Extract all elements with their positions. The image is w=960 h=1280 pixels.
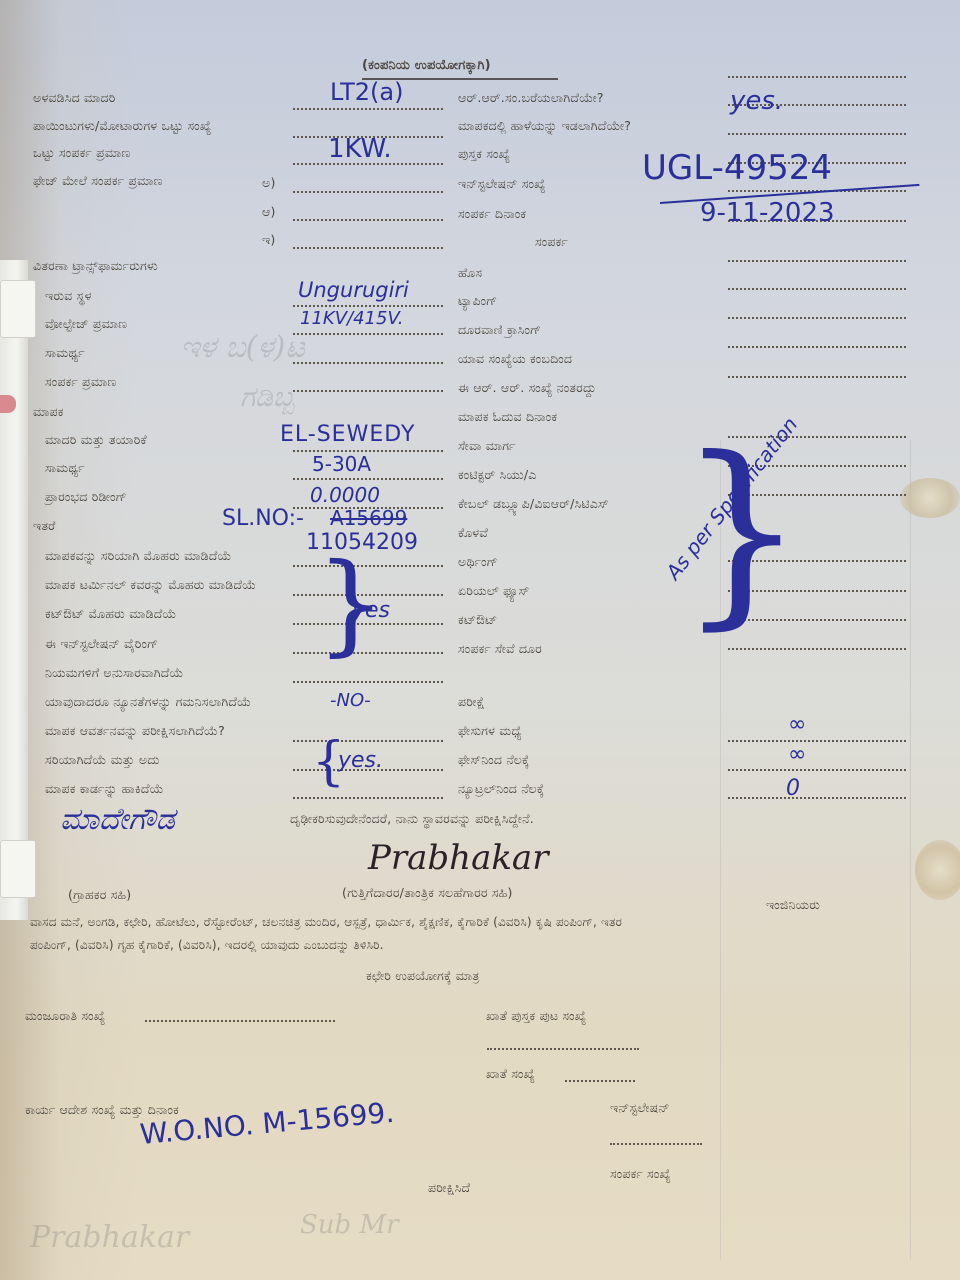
field-label: ಪ್ರಾರಂಭದ ರಿಡೀಂಗ್ — [45, 489, 127, 505]
serial-label: SL.NO:- — [222, 506, 304, 531]
handwritten-value: 5-30A — [312, 452, 371, 476]
field-label: ಅಳವಡಿಸಿದ ಮಾದರಿ — [33, 90, 116, 106]
binder-clip — [0, 280, 36, 338]
field-label: ಈ ಇನ್‌ಸ್ಟಲೇಷನ್ ವೈರಿಂಗ್ — [45, 636, 158, 652]
faint-impression: Sub Mr — [300, 1210, 399, 1240]
contractor-signature-label: (ಗುತ್ತಿಗೆದಾರರ/ತಾಂತ್ರಿಕ ಸಲಹೆಗಾರರ ಸಹಿ) — [342, 885, 513, 901]
faint-impression: ಗಡಿಬ್ಬ — [240, 380, 295, 414]
faint-impression: Prabhakar — [30, 1220, 189, 1255]
water-stain — [900, 478, 960, 518]
field-line[interactable] — [728, 76, 906, 78]
handwritten-value: -NO- — [330, 690, 371, 711]
field-label: ಏರಿಯಲ್ ಫ್ಯೂಸ್ — [458, 583, 529, 599]
field-line[interactable] — [293, 362, 443, 364]
field-line[interactable] — [728, 797, 906, 799]
field-label: ಕೇಬಲ್ ಡಬ್ಲ್ಯೂಪಿ/ವಿಐಆರ್/ಸಿಟಿಎಸ್ — [458, 496, 609, 512]
pink-tag — [0, 395, 16, 413]
field-label: ಟ್ಯಾಪಿಂಗ್ — [458, 293, 497, 309]
handwritten-value: Ungurugiri — [298, 278, 409, 302]
field-label: ಸಾಮರ್ಥ್ಯ — [45, 345, 85, 361]
field-line[interactable] — [293, 247, 443, 249]
field-label: ಈ ಆರ್. ಆರ್. ಸಂಖ್ಯೆ ನಂತರದ್ದು — [458, 380, 596, 396]
handwritten-value: LT2(a) — [330, 78, 403, 106]
field-line[interactable] — [728, 317, 906, 319]
field-label: ಕಟ್‌ಔಟ್ — [458, 612, 497, 628]
field-line[interactable] — [293, 219, 443, 221]
connection-date: 9-11-2023 — [700, 198, 835, 228]
binder-clip — [0, 840, 36, 898]
table-guideline — [910, 440, 911, 1260]
section-title: ಮಾಪಕ — [33, 404, 64, 420]
field-label: ವೋಲ್ಟೇಜ್ ಪ್ರಮಾಣ — [45, 316, 127, 332]
field-label: ಸಂಪರ್ಕ ಪ್ರಮಾಣ — [45, 374, 116, 390]
handwritten-value: 0 — [786, 776, 800, 801]
field-label: ಖಾತೆ ಸಂಖ್ಯೆ — [486, 1066, 535, 1082]
field-label: ಮಾಪಕ ಟರ್ಮಿನಲ್ ಕವರನ್ನು ಮೊಹರು ಮಾಡಿದೆಯೆ — [45, 577, 256, 593]
handwritten-value: EL-SEWEDY — [280, 422, 415, 447]
declaration-text: ದೃಢೀಕರಿಸುವುದೇನೆಂದರೆ, ನಾನು ಸ್ಥಾವರವನ್ನು ಪರ… — [290, 811, 534, 827]
purpose-note: ವಾಸದ ಮನೆ, ಅಂಗಡಿ, ಕಛೇರಿ, ಹೋಟೆಲು, ರೆಸ್ಟೋರೆ… — [30, 915, 622, 930]
customer-signature: ಮಾದೇಗೌಡ — [60, 802, 175, 837]
field-line[interactable] — [293, 797, 443, 799]
handwritten-yes: yes. — [730, 86, 783, 116]
field-label: ಮಾಪಕ ಆವರ್ತನವನ್ನು ಪರೀಕ್ಷಿಸಲಾಗಿದೆಯೆ? — [45, 723, 225, 739]
field-label: ಹೊಸ — [458, 265, 482, 281]
field-label: ಮಾಪಕ ಓದುವ ದಿನಾಂಕ — [458, 409, 557, 425]
field-label: ಆರ್.ಆರ್.ಸಂ.ಬರೆಯಲಾಗಿದೆಯೇ? — [458, 90, 604, 106]
field-label: ಸೇವಾ ಮಾರ್ಗ — [458, 438, 516, 454]
field-label: ಫೇಸ್‌ನಿಂದ ನೆಲಕ್ಕೆ — [458, 752, 529, 768]
field-label: ನ್ಯೂಟ್ರಲ್‌ನಿಂದ ನೆಲಕ್ಕೆ — [458, 781, 544, 797]
field-label: ನಿಯಮಗಳಿಗೆ ಅನುಸಾರವಾಗಿದೆಯೆ — [45, 665, 184, 681]
engineer-label: ಇಂಜಿನಿಯರು — [766, 897, 820, 913]
field-label: ಕಂಟಿಕ್ಟರ್ ಸಿಯು/ಎ — [458, 467, 537, 483]
phase-marker: ಆ) — [262, 204, 276, 220]
field-line[interactable] — [728, 376, 906, 378]
field-line[interactable] — [293, 478, 443, 480]
field-label: ಪರೀಕ್ಷೆ — [458, 694, 485, 710]
phase-marker: ಇ) — [262, 232, 275, 248]
sanction-number-field[interactable] — [145, 1020, 335, 1022]
field-label: ಸಂಪರ್ಕ ಸೇವೆ ದೂರ — [458, 641, 542, 657]
field-line[interactable] — [293, 681, 443, 683]
field-label: ಕೊಳವೆ — [458, 525, 488, 541]
field-line[interactable] — [728, 260, 906, 262]
field-label: ಮಂಜೂರಾತಿ ಸಂಖ್ಯೆ — [25, 1008, 105, 1024]
struck-serial: A15699 — [330, 506, 407, 530]
field-label: ಮಾಪಕವನ್ನು ಸರಿಯಾಗಿ ಮೊಹರು ಮಾಡಿದೆಯೆ — [45, 548, 232, 564]
account-number-field[interactable] — [565, 1080, 635, 1082]
field-label: ಖಾತೆ ಪುಸ್ತಕ ಪುಟ ಸಂಖ್ಯೆ — [486, 1008, 586, 1024]
binder-strip — [0, 260, 29, 920]
purpose-note: ಪಂಪಿಂಗ್, (ವಿವರಿಸಿ) ಗೃಹ ಕೈಗಾರಿಕೆ, (ವಿವರಿಸ… — [30, 938, 384, 953]
contractor-signature: Prabhakar — [368, 838, 548, 878]
handwritten-value: ∞ — [788, 712, 806, 737]
handwritten-value: ∞ — [788, 742, 806, 767]
field-label: ಸಂಪರ್ಕ ದಿನಾಂಕ — [458, 206, 526, 222]
installation-field[interactable] — [610, 1143, 702, 1145]
field-label: ಯಾವುದಾದರೂ ನ್ಯೂನತೆಗಳನ್ನು ಗಮನಿಸಲಾಗಿದೆಯೆ — [45, 694, 251, 710]
field-line[interactable] — [728, 133, 906, 135]
customer-signature-label: (ಗ್ರಾಹಕರ ಸಹಿ) — [68, 887, 131, 903]
handwritten-value: 1KW. — [328, 134, 392, 164]
handwritten-value: 0.0000 — [310, 483, 380, 507]
office-section-title: ಕಛೇರಿ ಉಪಯೋಗಕ್ಕೆ ಮಾತ್ರ — [366, 968, 480, 984]
field-line[interactable] — [728, 648, 906, 650]
field-line[interactable] — [728, 769, 906, 771]
field-label: ದೂರವಾಣಿ ಕ್ರಾಸಿಂಗ್ — [458, 322, 541, 338]
installation-number: UGL-49524 — [642, 148, 832, 188]
field-label: ಯಾವ ಸಂಖ್ಯೆಯ ಕಂಬದಿಂದ — [458, 351, 572, 367]
phase-marker: ಅ) — [262, 175, 276, 191]
field-label: ಇರುವ ಸ್ಥಳ — [45, 288, 92, 304]
faint-impression: ಇಳ ಬ(ಳ)ಟ — [180, 330, 305, 365]
field-label: ಸರಿಯಾಗಿದೆಯೆ ಮತ್ತು ಅದು — [45, 752, 160, 768]
field-label: ಸಂಪರ್ಕ ಸಂಖ್ಯೆ — [610, 1166, 671, 1182]
water-stain — [915, 840, 960, 900]
field-label: ಇನ್‌ಸ್ಟಲೇಷನ್ ಸಂಖ್ಯೆ — [458, 176, 546, 192]
field-label: ಕಟ್‌ಔಟ್ ಮೊಹರು ಮಾಡಿದೆಯೆ — [45, 606, 177, 622]
field-line[interactable] — [293, 390, 443, 392]
handwritten-yes: yes — [352, 598, 390, 623]
ledger-page-field[interactable] — [487, 1048, 639, 1050]
field-label: ಮಾಪಕ ಕಾರ್ಡನ್ನು ಹಾಕಿದೆಯೆ — [45, 781, 164, 797]
field-line[interactable] — [293, 333, 443, 335]
field-label: ಪುಸ್ತಕ ಸಂಖ್ಯೆ — [458, 146, 510, 162]
field-label: ಸಾಮರ್ಥ್ಯ — [45, 460, 85, 476]
field-label: ಫೇಸುಗಳ ಮಧ್ಯೆ — [458, 723, 522, 739]
field-label: ಫೇಜ್ ಮೇಲೆ ಸಂಪರ್ಕ ಪ್ರಮಾಣ — [33, 173, 163, 189]
field-label: ಒಟ್ಟು ಸಂಪರ್ಕ ಪ್ರಮಾಣ — [33, 145, 130, 161]
field-line[interactable] — [293, 305, 443, 307]
field-line[interactable] — [293, 191, 443, 193]
field-label: ಸಂಪರ್ಕ — [535, 234, 568, 250]
section-heading: (ಕಂಪನಿಯ ಉಪಯೋಗಕ್ಕಾಗಿ) — [362, 58, 491, 73]
field-label: ಪಾಯಿಂಟುಗಳು/ಮೋಟಾರುಗಳ ಒಟ್ಟು ಸಂಖ್ಯೆ — [33, 118, 211, 134]
handwritten-value: 11KV/415V. — [300, 308, 403, 329]
checked-label: ಪರೀಕ್ಷಿಸಿದೆ — [428, 1180, 470, 1196]
section-title: ಇತರೆ — [33, 518, 55, 534]
field-line[interactable] — [728, 346, 906, 348]
field-label: ಅರ್ಥಿಂಗ್ — [458, 554, 498, 570]
field-label: ಮಾದರಿ ಮತ್ತು ತಯಾರಿಕೆ — [45, 432, 147, 448]
field-label: ಮಾಪಕದಲ್ಲಿ ಹಾಳೆಯನ್ನು ಇಡಲಾಗಿದೆಯೇ? — [458, 118, 631, 134]
handwritten-yes: yes. — [338, 748, 383, 773]
field-label: ಇನ್‌ಸ್ಟಲೇಷನ್ — [610, 1100, 670, 1116]
field-line[interactable] — [293, 108, 443, 110]
section-title: ವಿತರಣಾ ಟ್ರಾನ್ಸ್‌ಫಾರ್ಮರುಗಳು — [33, 258, 158, 274]
field-line[interactable] — [728, 740, 906, 742]
field-line[interactable] — [728, 288, 906, 290]
